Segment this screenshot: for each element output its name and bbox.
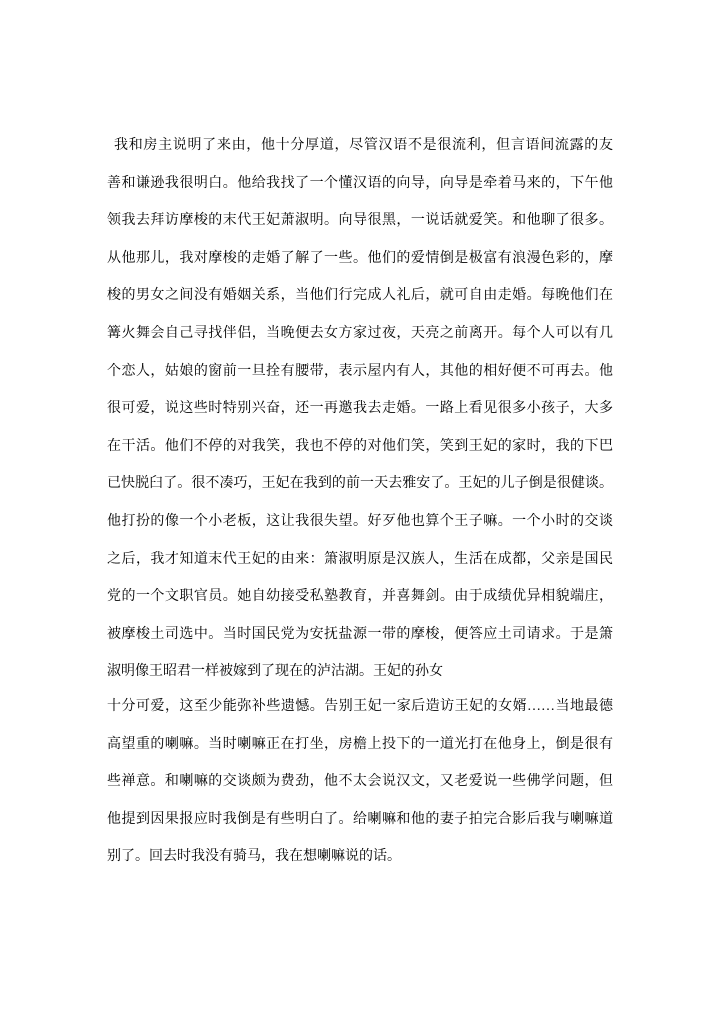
text-line: 党的一个文职官员。她自幼接受私塾教育，并喜舞剑。由于成绩优异相貌端庄， [107, 578, 613, 616]
text-line: 梭的男女之间没有婚姻关系，当他们行完成人礼后，就可自由走婚。每晚他们在 [107, 277, 613, 315]
paragraph-1: 我和房主说明了来由，他十分厚道，尽管汉语不是很流利，但言语间流露的友 善和谦逊我… [107, 127, 613, 691]
text-line: 他打扮的像一个小老板，这让我很失望。好歹他也算个王子嘛。一个小时的交谈 [107, 503, 613, 541]
text-line: 被摩梭土司选中。当时国民党为安抚盐源一带的摩梭，便答应土司请求。于是箫 [107, 616, 613, 654]
text-line: 领我去拜访摩梭的末代王妃萧淑明。向导很黑，一说话就爱笑。和他聊了很多。 [107, 202, 613, 240]
text-line: 善和谦逊我很明白。他给我找了一个懂汉语的向导，向导是牵着马来的，下午他 [107, 165, 613, 203]
text-line: 在干活。他们不停的对我笑，我也不停的对他们笑，笑到王妃的家时，我的下巴 [107, 428, 613, 466]
text-line: 些禅意。和喇嘛的交谈颇为费劲，他不太会说汉文，又老爱说一些佛学问题，但 [107, 763, 613, 801]
text-line: 之后，我才知道末代王妃的由来：箫淑明原是汉族人，生活在成都，父亲是国民 [107, 541, 613, 579]
text-line: 淑明像王昭君一样被嫁到了现在的泸沽湖。王妃的孙女 [107, 653, 613, 691]
text-line: 篝火舞会自己寻找伴侣，当晚便去女方家过夜，天亮之前离开。每个人可以有几 [107, 315, 613, 353]
text-line: 十分可爱，这至少能弥补些遗憾。告别王妃一家后造访王妃的女婿……当地最德 [107, 688, 613, 726]
text-line: 很可爱，说这些时特别兴奋，还一再邀我去走婚。一路上看见很多小孩子，大多 [107, 390, 613, 428]
text-line: 从他那儿，我对摩梭的走婚了解了一些。他们的爱情倒是极富有浪漫色彩的，摩 [107, 240, 613, 278]
paragraph-2: 十分可爱，这至少能弥补些遗憾。告别王妃一家后造访王妃的女婿……当地最德 高望重的… [107, 688, 613, 876]
text-line: 高望重的喇嘛。当时喇嘛正在打坐，房檐上投下的一道光打在他身上，倒是很有 [107, 726, 613, 764]
text-line: 已快脱臼了。很不凑巧，王妃在我到的前一天去雅安了。王妃的儿子倒是很健谈。 [107, 465, 613, 503]
text-line: 别了。回去时我没有骑马，我在想喇嘛说的话。 [107, 838, 613, 876]
text-line: 个恋人，姑娘的窗前一旦拴有腰带，表示屋内有人，其他的相好便不可再去。他 [107, 353, 613, 391]
text-line: 他提到因果报应时我倒是有些明白了。给喇嘛和他的妻子拍完合影后我与喇嘛道 [107, 801, 613, 839]
document-page: 我和房主说明了来由，他十分厚道，尽管汉语不是很流利，但言语间流露的友 善和谦逊我… [0, 0, 721, 1020]
text-line: 我和房主说明了来由，他十分厚道，尽管汉语不是很流利，但言语间流露的友 [107, 127, 613, 165]
